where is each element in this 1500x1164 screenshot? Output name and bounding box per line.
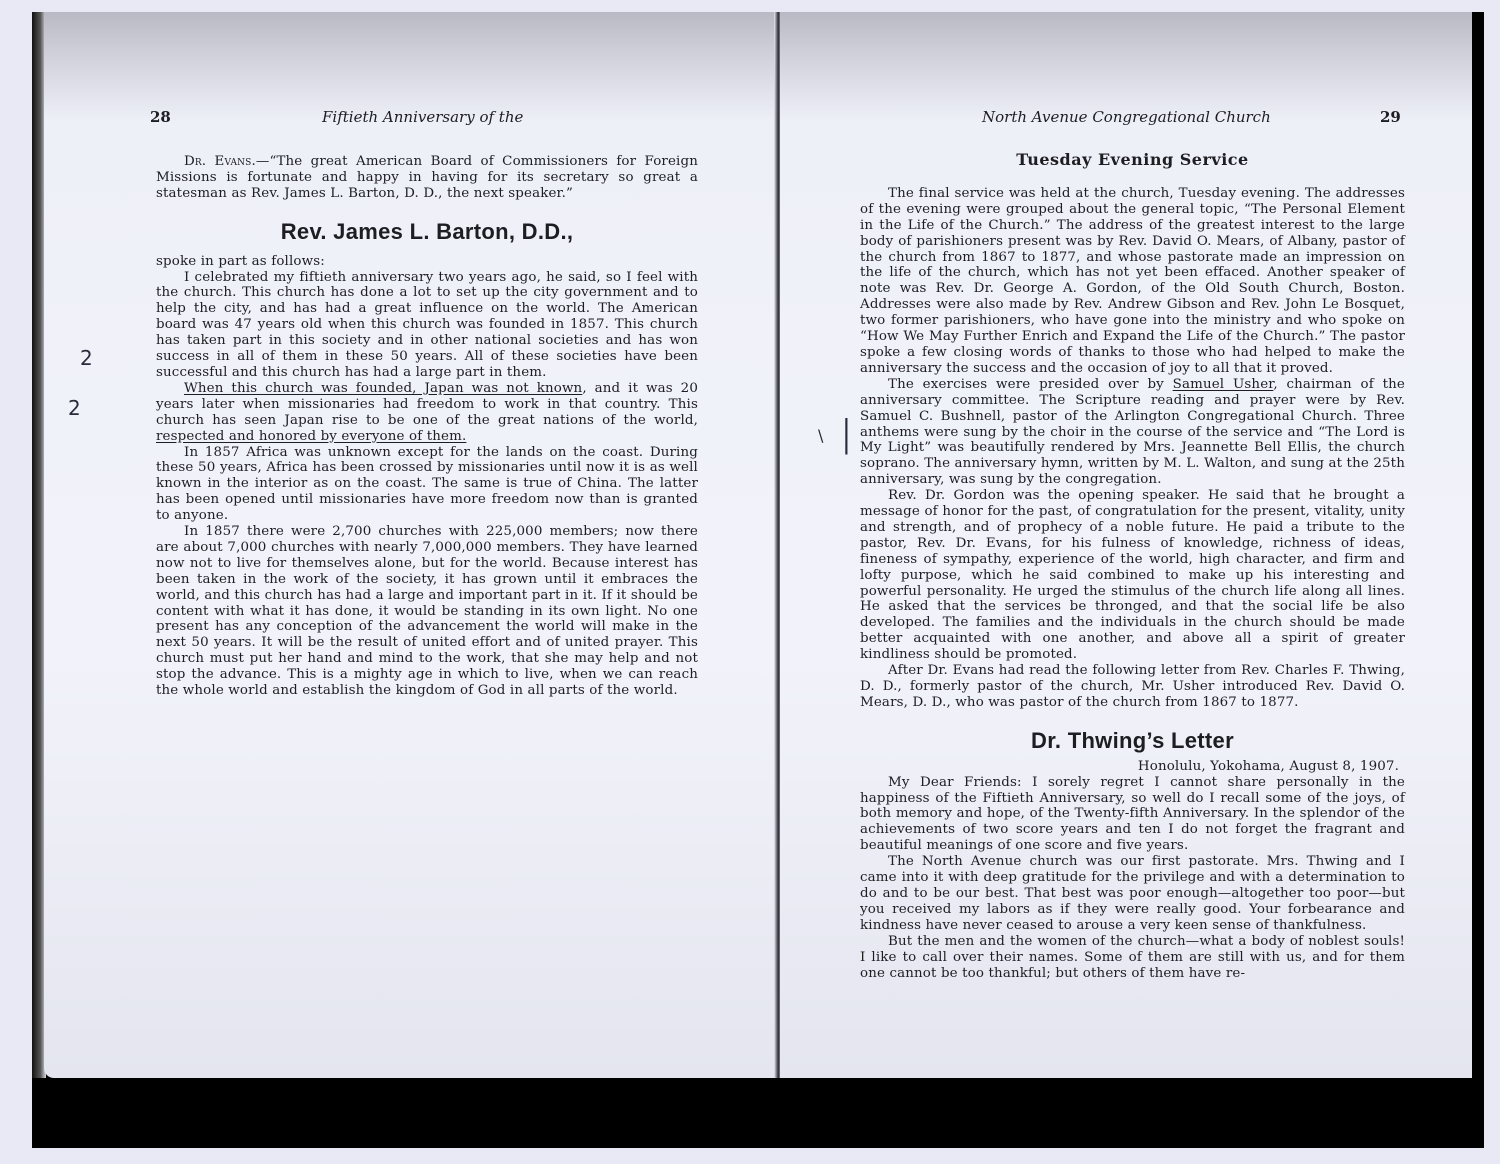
- passage-text: , chairman of the anniversary committee.…: [860, 377, 1405, 487]
- speaker-heading: Rev. James L. Barton, D.D.,: [156, 224, 698, 240]
- underlined-name: Samuel Usher: [1173, 377, 1274, 392]
- body-paragraph: After Dr. Evans had read the following l…: [860, 663, 1405, 711]
- letter-paragraph: My Dear Friends: I sorely regret I canno…: [860, 775, 1405, 855]
- page-number-right: 29: [1380, 108, 1401, 126]
- letter-heading: Dr. Thwing’s Letter: [860, 733, 1405, 749]
- body-paragraph: Rev. Dr. Gordon was the opening speaker.…: [860, 488, 1405, 663]
- body-paragraph: In 1857 Africa was unknown except for th…: [156, 445, 698, 525]
- letter-paragraph: The North Avenue church was our first pa…: [860, 854, 1405, 934]
- lead-in: spoke in part as follows:: [156, 254, 698, 270]
- underlined-passage: respected and honored by everyone of the…: [156, 429, 466, 444]
- body-paragraph-underlined: The exercises were presided over by Samu…: [860, 377, 1405, 488]
- underlined-passage: When this church was founded, Japan was …: [184, 381, 582, 396]
- scan-margin-right: [1484, 0, 1500, 1164]
- page-number-left: 28: [150, 108, 171, 126]
- intro-paragraph: Dr. Evans.—“The great American Board of …: [156, 154, 698, 202]
- handwritten-mark: \: [818, 426, 823, 445]
- running-title-left: Fiftieth Anniversary of the: [322, 108, 523, 126]
- letter-paragraph: But the men and the women of the church—…: [860, 934, 1405, 982]
- body-paragraph: I celebrated my fiftieth anniversary two…: [156, 270, 698, 381]
- section-heading: Tuesday Evening Service: [860, 152, 1405, 168]
- passage-text: The exercises were presided over by: [888, 377, 1173, 392]
- left-text-column: Dr. Evans.—“The great American Board of …: [156, 154, 698, 699]
- intro-speaker: Dr. Evans.: [184, 154, 256, 169]
- body-paragraph: In 1857 there were 2,700 churches with 2…: [156, 524, 698, 699]
- scan-margin-bottom: [0, 1150, 1500, 1164]
- running-title-right: North Avenue Congregational Church: [982, 108, 1271, 126]
- handwritten-mark: 2: [80, 346, 93, 370]
- letter-dateline: Honolulu, Yokohama, August 8, 1907.: [860, 759, 1405, 775]
- right-text-column: Tuesday Evening Service The final servic…: [860, 152, 1405, 981]
- scan-margin-left: [0, 0, 32, 1164]
- body-paragraph: The final service was held at the church…: [860, 186, 1405, 377]
- handwritten-mark: |: [842, 414, 851, 456]
- body-paragraph-underlined: When this church was founded, Japan was …: [156, 381, 698, 445]
- handwritten-mark: 2: [68, 396, 81, 420]
